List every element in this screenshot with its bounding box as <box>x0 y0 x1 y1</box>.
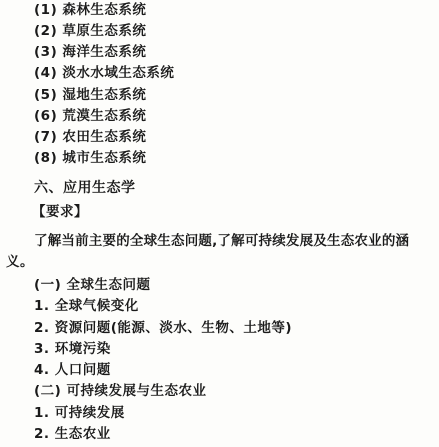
outline-item-2: 1. 全球气候变化 <box>34 297 139 315</box>
ecosystem-item-3: (3) 海洋生态系统 <box>34 43 146 61</box>
outline-item-6: (二) 可持续发展与生态农业 <box>34 382 207 400</box>
section-title: 六、应用生态学 <box>34 179 136 197</box>
outline-item-4: 3. 环境污染 <box>34 340 111 358</box>
requirement-label: 【要求】 <box>32 203 88 221</box>
ecosystem-item-6: (6) 荒漠生态系统 <box>34 107 146 125</box>
ecosystem-item-4: (4) 淡水水域生态系统 <box>34 64 174 82</box>
outline-item-7: 1. 可持续发展 <box>34 404 125 422</box>
outline-item-5: 4. 人口问题 <box>34 361 111 379</box>
ecosystem-item-1: (1) 森林生态系统 <box>34 1 146 19</box>
outline-item-3: 2. 资源问题(能源、淡水、生物、土地等) <box>34 319 292 337</box>
outline-item-8: 2. 生态农业 <box>34 425 111 443</box>
requirement-text-line1: 了解当前主要的全球生态问题,了解可持续发展及生态农业的涵 <box>34 232 409 250</box>
ecosystem-item-8: (8) 城市生态系统 <box>34 149 146 167</box>
outline-item-1: (一) 全球生态问题 <box>34 276 151 294</box>
ecosystem-item-2: (2) 草原生态系统 <box>34 22 146 40</box>
requirement-text-line2: 义。 <box>6 253 34 271</box>
ecosystem-item-5: (5) 湿地生态系统 <box>34 86 146 104</box>
ecosystem-item-7: (7) 农田生态系统 <box>34 128 146 146</box>
